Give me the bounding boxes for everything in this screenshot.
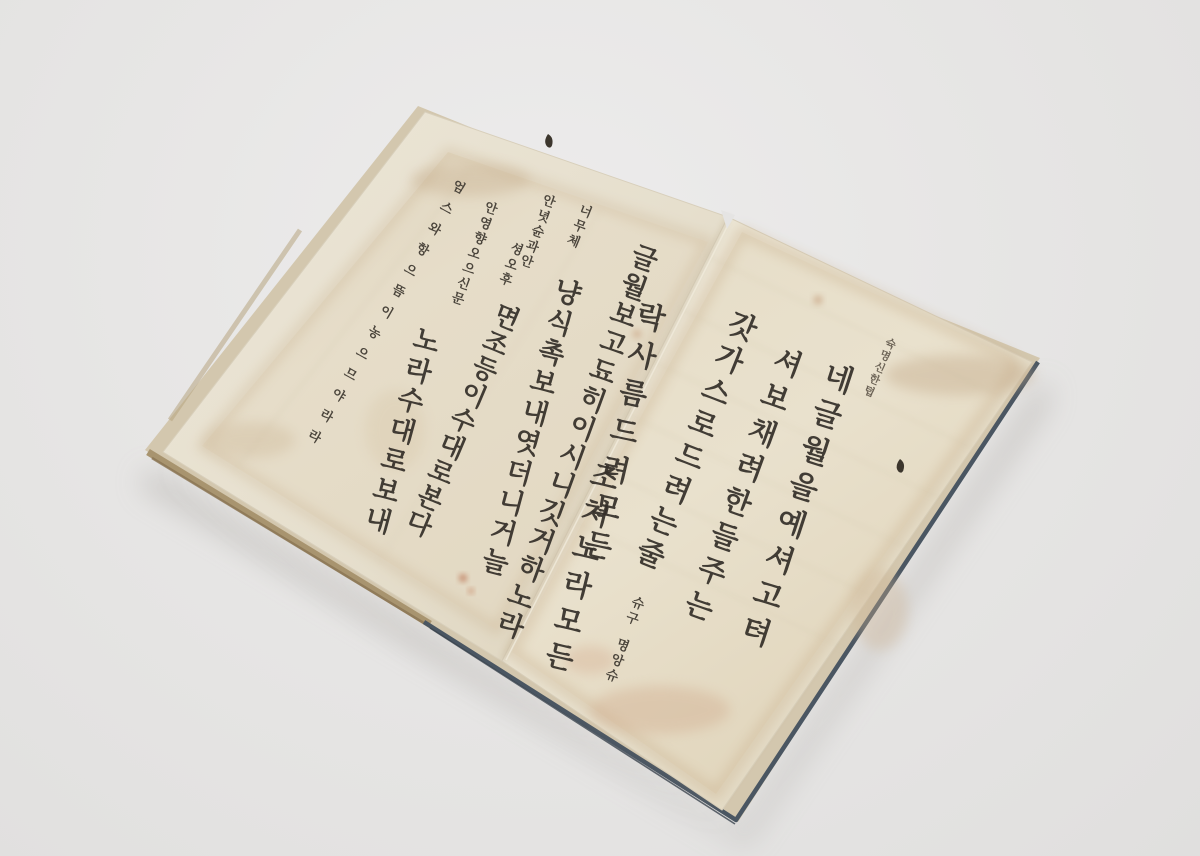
photo-scene: 글월보고됴히이시니깃거하노라 냥식촉보내엿더니거늘 면조등이수대로본다 노라수대… <box>0 0 1200 856</box>
stain-spot <box>632 329 642 339</box>
stain <box>564 646 616 674</box>
stain-spot <box>813 295 823 305</box>
manuscript-photo-art <box>0 0 1200 856</box>
stain <box>365 390 425 470</box>
stain <box>852 570 908 650</box>
stain <box>590 686 730 734</box>
curl-mark-left <box>543 134 555 148</box>
stain <box>885 355 1035 395</box>
stain <box>205 422 295 458</box>
rust-spot <box>459 574 467 582</box>
rust-spot <box>468 588 474 594</box>
stain <box>410 164 530 196</box>
